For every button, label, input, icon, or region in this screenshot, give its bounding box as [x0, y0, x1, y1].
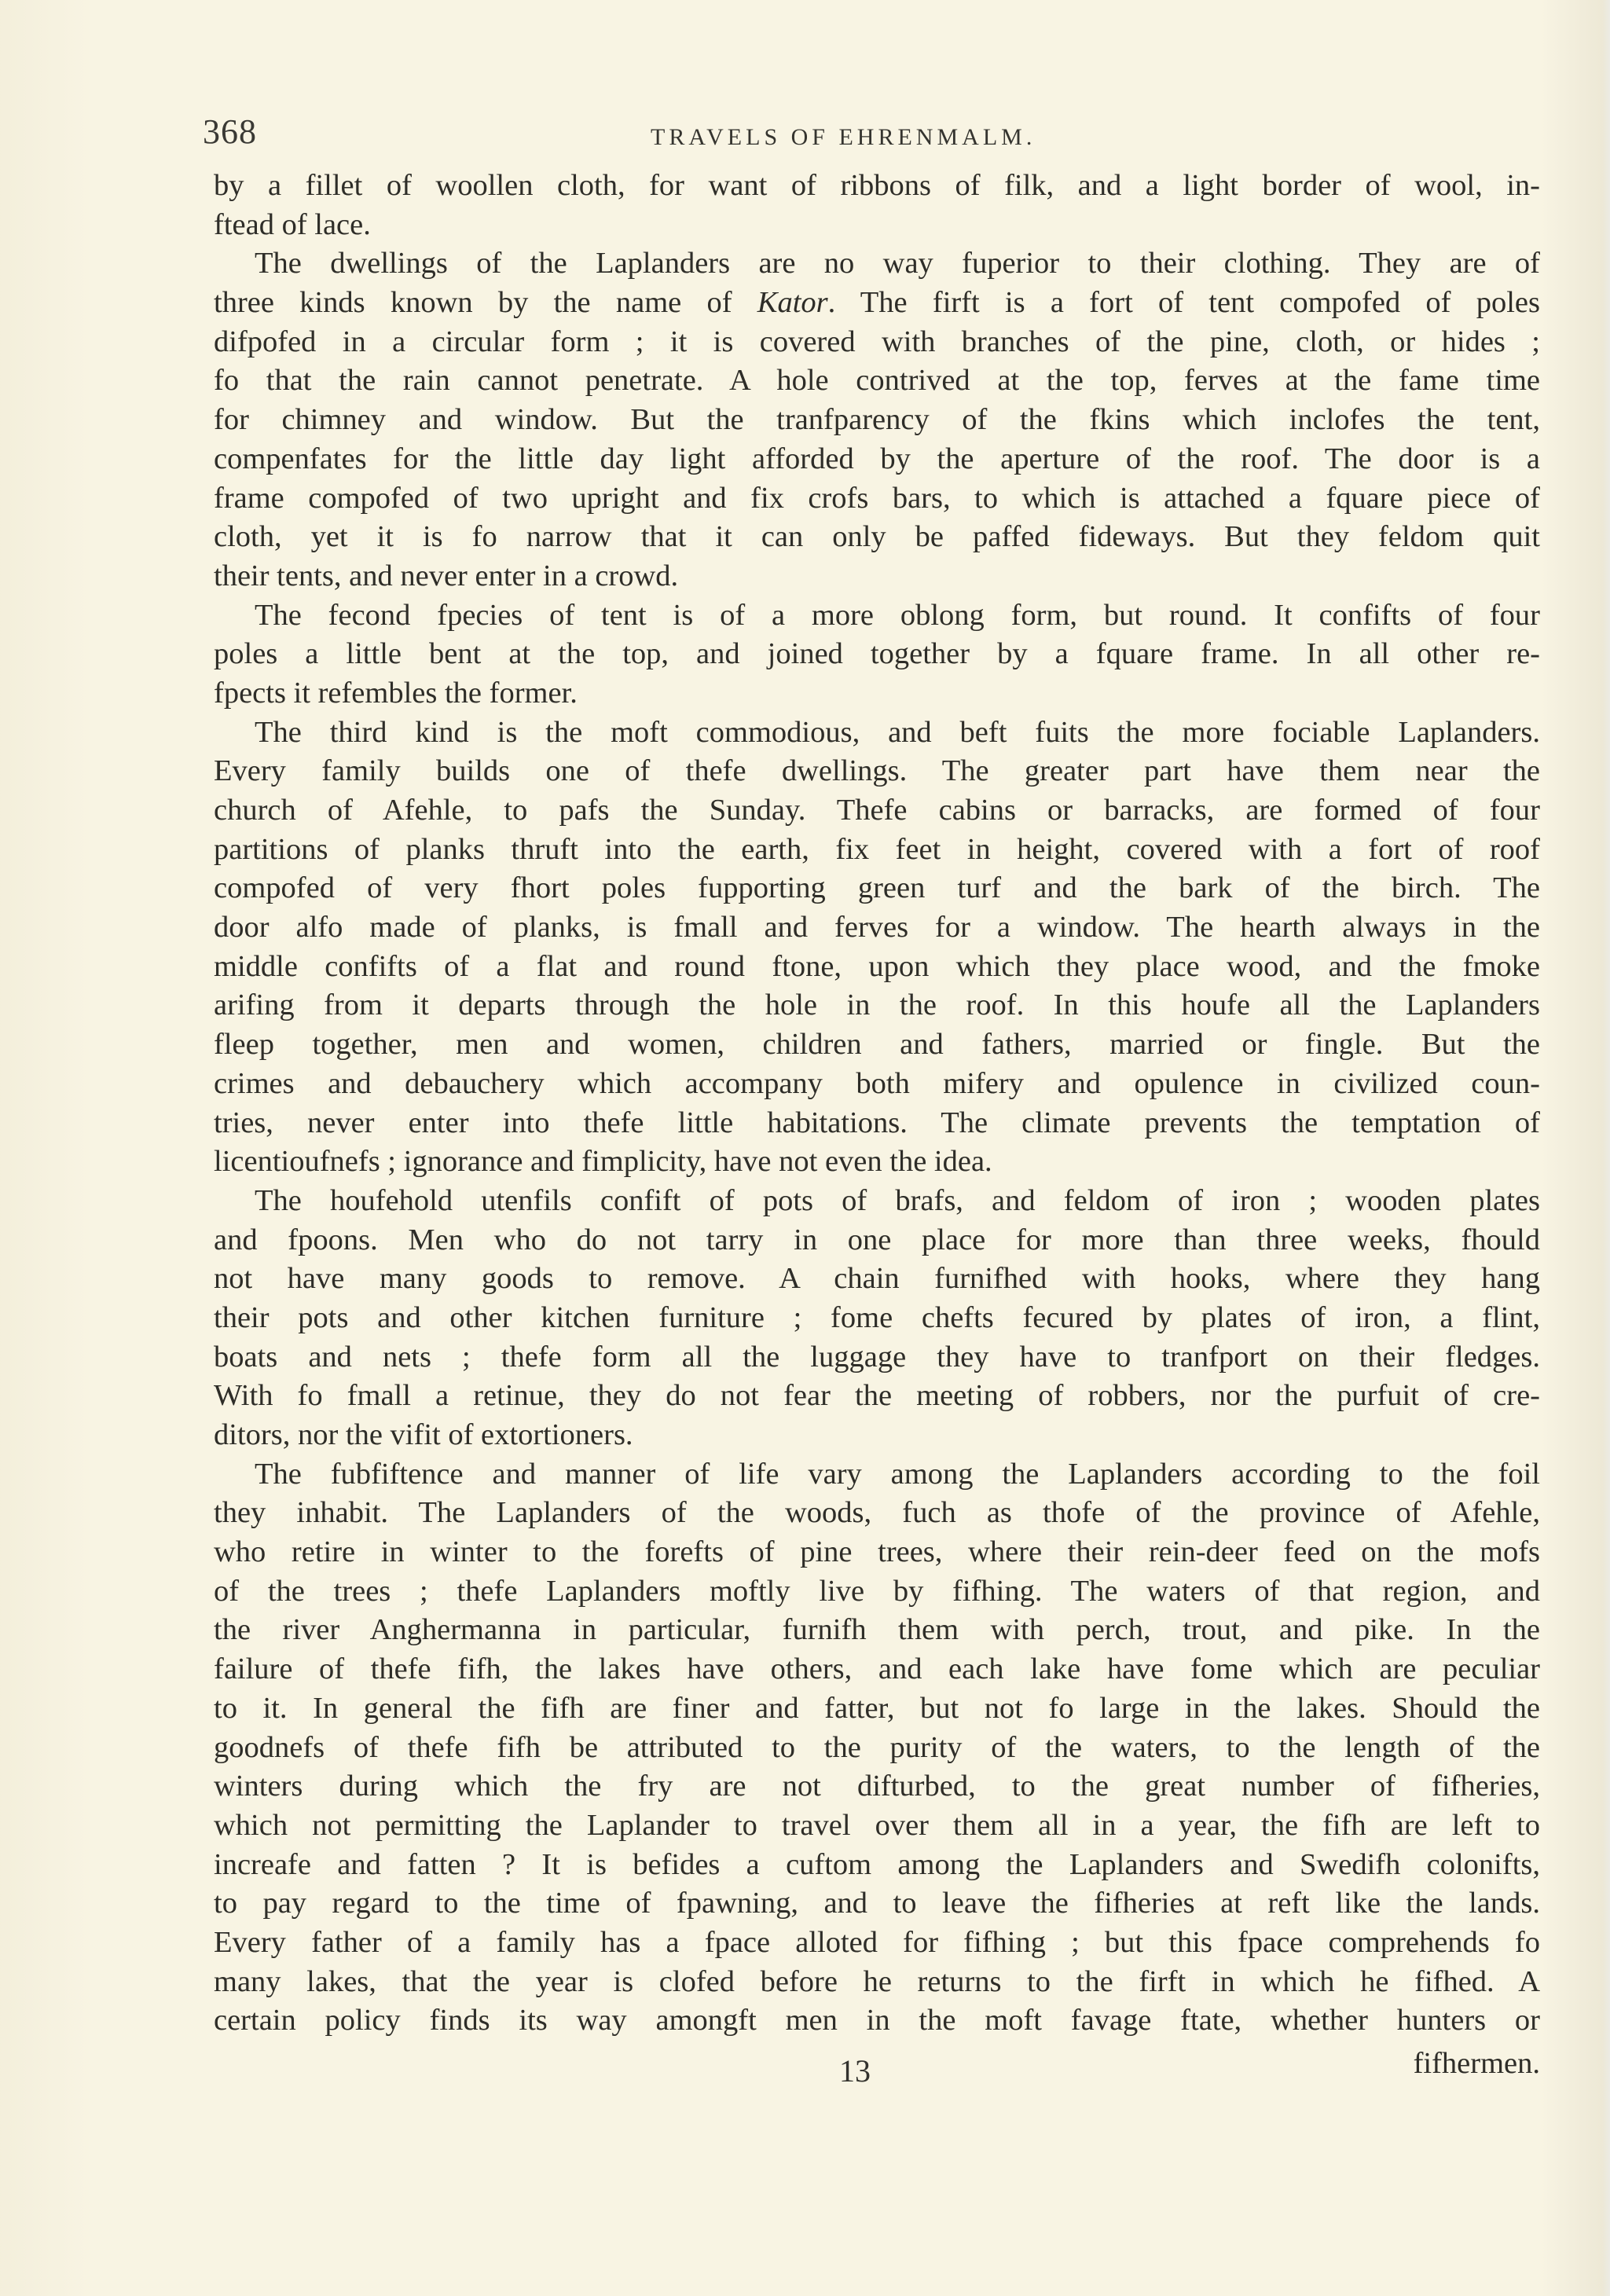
- catchword: fifhermen.: [1414, 2046, 1540, 2081]
- text-line: Every family builds one of thefe dwellin…: [214, 752, 1540, 791]
- text-line: fo that the rain cannot penetrate. A hol…: [214, 361, 1540, 401]
- running-title: TRAVELS OF EHRENMALM.: [651, 124, 1036, 151]
- text-line: boats and nets ; thefe form all the lugg…: [214, 1338, 1540, 1377]
- text-line: middle confifts of a flat and round fton…: [214, 948, 1540, 987]
- text-line: by a fillet of woollen cloth, for want o…: [214, 167, 1540, 206]
- page-number: 368: [203, 112, 257, 152]
- text-line: licentioufnefs ; ignorance and fimplicit…: [214, 1142, 1540, 1182]
- text-line: crimes and debauchery which accompany bo…: [214, 1065, 1540, 1104]
- text-line: tries, never enter into thefe little hab…: [214, 1104, 1540, 1143]
- text-line: three kinds known by the name of Kator. …: [214, 284, 1540, 323]
- text-line: to pay regard to the time of fpawning, a…: [214, 1884, 1540, 1924]
- text-segment: three kinds known by the name of: [214, 286, 757, 319]
- body-text: by a fillet of woollen cloth, for want o…: [214, 167, 1540, 2041]
- text-line: The dwellings of the Laplanders are no w…: [214, 244, 1540, 284]
- text-line: door alfo made of planks, is fmall and f…: [214, 908, 1540, 948]
- text-line: not have many goods to remove. A chain f…: [214, 1260, 1540, 1299]
- page-edge-shadow: [1602, 0, 1610, 2296]
- text-line: cloth, yet it is fo narrow that it can o…: [214, 518, 1540, 557]
- italic-term: Kator: [757, 286, 828, 319]
- text-line: many lakes, that the year is clofed befo…: [214, 1963, 1540, 2002]
- text-line: to it. In general the fifh are finer and…: [214, 1689, 1540, 1729]
- text-line: fpects it refembles the former.: [214, 674, 1540, 713]
- text-line: for chimney and window. But the tranfpar…: [214, 401, 1540, 440]
- text-segment: . The firft is a fort of tent compofed o…: [828, 286, 1540, 319]
- book-page: 368 TRAVELS OF EHRENMALM. by a fillet of…: [0, 0, 1610, 2296]
- printer-signature: 13: [839, 2052, 871, 2089]
- text-line: The houfehold utenfils confift of pots o…: [214, 1182, 1540, 1221]
- text-line: their tents, and never enter in a crowd.: [214, 557, 1540, 596]
- text-line: fleep together, men and women, children …: [214, 1025, 1540, 1065]
- text-line: of the trees ; thefe Laplanders moftly l…: [214, 1572, 1540, 1612]
- text-line: church of Afehle, to pafs the Sunday. Th…: [214, 791, 1540, 831]
- text-line: With fo fmall a retinue, they do not fea…: [214, 1377, 1540, 1416]
- text-line: partitions of planks thruft into the ear…: [214, 831, 1540, 870]
- text-line: The third kind is the moft commodious, a…: [214, 713, 1540, 753]
- text-line: compenfates for the little day light aff…: [214, 440, 1540, 479]
- text-line: ditors, nor the vifit of extortioners.: [214, 1416, 1540, 1455]
- text-line: the river Anghermanna in particular, fur…: [214, 1611, 1540, 1650]
- text-line: and fpoons. Men who do not tarry in one …: [214, 1221, 1540, 1260]
- text-line: frame compofed of two upright and fix cr…: [214, 479, 1540, 519]
- text-line: their pots and other kitchen furniture ;…: [214, 1299, 1540, 1338]
- text-line: arifing from it departs through the hole…: [214, 986, 1540, 1025]
- text-line: they inhabit. The Laplanders of the wood…: [214, 1494, 1540, 1533]
- text-line: compofed of very fhort poles fupporting …: [214, 869, 1540, 908]
- text-line: increafe and fatten ? It is befides a cu…: [214, 1846, 1540, 1885]
- text-line: goodnefs of thefe fifh be attributed to …: [214, 1729, 1540, 1768]
- text-line: winters during which the fry are not dif…: [214, 1767, 1540, 1806]
- text-line: certain policy finds its way amongft men…: [214, 2001, 1540, 2041]
- text-line: which not permitting the Laplander to tr…: [214, 1806, 1540, 1846]
- text-line: poles a little bent at the top, and join…: [214, 635, 1540, 674]
- text-line: difpofed in a circular form ; it is cove…: [214, 323, 1540, 362]
- text-line: failure of thefe fifh, the lakes have ot…: [214, 1650, 1540, 1689]
- text-line: The fubfiftence and manner of life vary …: [214, 1455, 1540, 1495]
- text-line: ftead of lace.: [214, 206, 1540, 245]
- text-line: The fecond fpecies of tent is of a more …: [214, 596, 1540, 636]
- running-head: 368 TRAVELS OF EHRENMALM.: [203, 112, 1540, 159]
- text-line: Every father of a family has a fpace all…: [214, 1924, 1540, 1963]
- text-line: who retire in winter to the forefts of p…: [214, 1533, 1540, 1572]
